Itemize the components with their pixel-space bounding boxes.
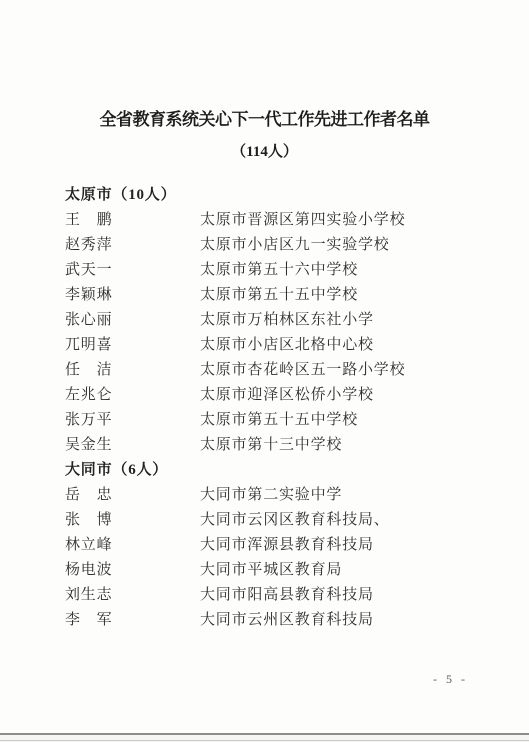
person-name: 任 洁 (65, 358, 200, 383)
roster-row: 岳 忠 大同市第二实验中学 (65, 483, 495, 508)
page-number: - 5 - (433, 672, 468, 687)
person-name: 武天一 (65, 258, 200, 283)
roster-row: 张 博 大同市云冈区教育科技局、 (65, 508, 495, 533)
document-page: 全省教育系统关心下一代工作先进工作者名单 （114人） 太原市（10人） 王 鹏… (0, 0, 529, 742)
person-name: 李颖琳 (65, 283, 200, 308)
roster-row: 刘生志 大同市阳高县教育科技局 (65, 583, 495, 608)
roster-row: 吴金生 太原市第十三中学校 (65, 433, 495, 458)
person-org: 太原市万柏林区东社小学 (200, 308, 495, 333)
roster-row: 任 洁 太原市杏花岭区五一路小学校 (65, 358, 495, 383)
person-org: 太原市第五十六中学校 (200, 258, 495, 283)
person-org: 大同市浑源县教育科技局 (200, 533, 495, 558)
scan-edge-bottom-line (0, 740, 529, 741)
roster-row: 张心丽 太原市万柏林区东社小学 (65, 308, 495, 333)
person-name: 左兆仑 (65, 383, 200, 408)
section-header-taiyuan: 太原市（10人） (65, 183, 495, 208)
roster-row: 兀明喜 太原市小店区北格中心校 (65, 333, 495, 358)
person-name: 林立峰 (65, 533, 200, 558)
person-org: 大同市云冈区教育科技局、 (200, 508, 495, 533)
person-org: 大同市第二实验中学 (200, 483, 495, 508)
person-org: 太原市第五十五中学校 (200, 408, 495, 433)
person-org: 太原市小店区九一实验学校 (200, 233, 495, 258)
person-org: 大同市平城区教育局 (200, 558, 495, 583)
person-org: 太原市第十三中学校 (200, 433, 495, 458)
roster-row: 杨电波 大同市平城区教育局 (65, 558, 495, 583)
roster-row: 张万平 太原市第五十五中学校 (65, 408, 495, 433)
person-name: 杨电波 (65, 558, 200, 583)
person-org: 大同市云州区教育科技局 (200, 608, 495, 633)
person-name: 王 鹏 (65, 208, 200, 233)
person-name: 刘生志 (65, 583, 200, 608)
person-name: 张心丽 (65, 308, 200, 333)
person-org: 太原市杏花岭区五一路小学校 (200, 358, 495, 383)
person-org: 大同市阳高县教育科技局 (200, 583, 495, 608)
person-name: 吴金生 (65, 433, 200, 458)
person-name: 赵秀萍 (65, 233, 200, 258)
roster-row: 赵秀萍 太原市小店区九一实验学校 (65, 233, 495, 258)
roster-row: 左兆仑 太原市迎泽区松侨小学校 (65, 383, 495, 408)
person-org: 太原市晋源区第四实验小学校 (200, 208, 495, 233)
person-name: 张万平 (65, 408, 200, 433)
roster-row: 王 鹏 太原市晋源区第四实验小学校 (65, 208, 495, 233)
person-org: 太原市小店区北格中心校 (200, 333, 495, 358)
roster-row: 林立峰 大同市浑源县教育科技局 (65, 533, 495, 558)
doc-subtitle: （114人） (0, 141, 529, 163)
doc-title: 全省教育系统关心下一代工作先进工作者名单 (0, 107, 529, 133)
person-name: 张 博 (65, 508, 200, 533)
section-header-datong: 大同市（6人） (65, 458, 495, 483)
roster-row: 李 军 大同市云州区教育科技局 (65, 608, 495, 633)
person-name: 李 军 (65, 608, 200, 633)
person-org: 太原市第五十五中学校 (200, 283, 495, 308)
person-name: 兀明喜 (65, 333, 200, 358)
person-org: 太原市迎泽区松侨小学校 (200, 383, 495, 408)
person-name: 岳 忠 (65, 483, 200, 508)
roster-row: 李颖琳 太原市第五十五中学校 (65, 283, 495, 308)
roster-row: 武天一 太原市第五十六中学校 (65, 258, 495, 283)
roster: 太原市（10人） 王 鹏 太原市晋源区第四实验小学校 赵秀萍 太原市小店区九一实… (65, 183, 495, 633)
